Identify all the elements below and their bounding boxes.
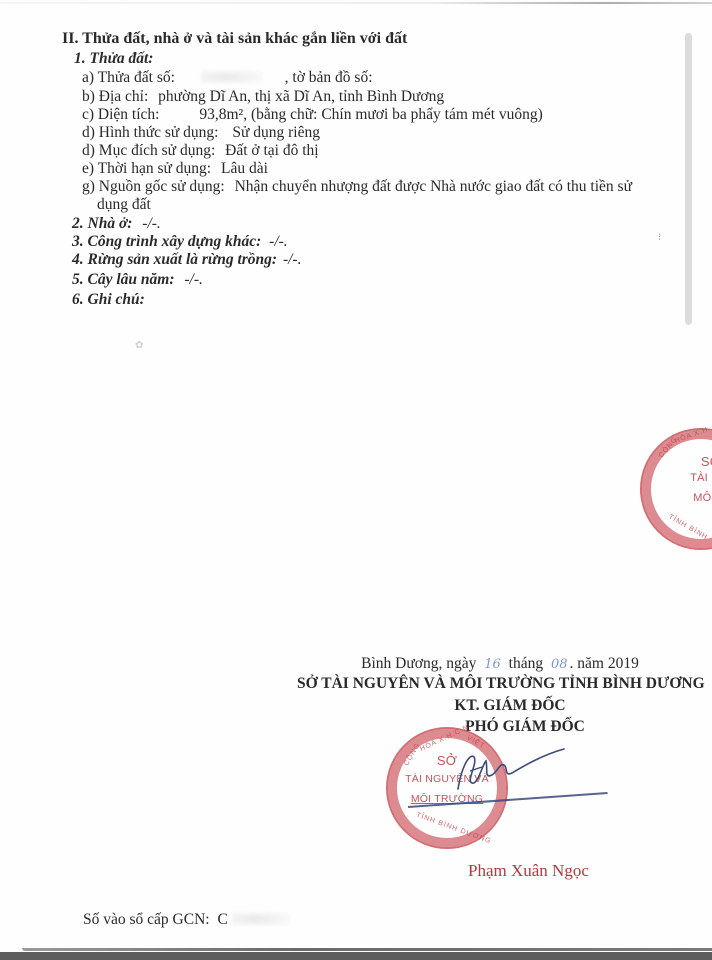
- date-day-handwritten: 16: [484, 657, 501, 672]
- parcel-number-row: a) Thửa đất số: , tờ bản đồ số:: [82, 69, 373, 87]
- issuing-agency: SỞ TÀI NGUYÊN VÀ MÔI TRƯỜNG TỈNH BÌNH DƯ…: [297, 675, 705, 693]
- viewer-background: [0, 952, 712, 960]
- usage-form-row: d) Hình thức sử dụng: Sử dụng riêng: [82, 124, 320, 142]
- other-construction-label: 3. Công trình xây dựng khác:: [72, 233, 261, 250]
- document-page: II. Thửa đất, nhà ở và tài sản khác gắn …: [0, 0, 712, 960]
- usage-purpose-value: Đất ở tại đô thị: [225, 142, 318, 159]
- usage-term-value: Lâu dài: [221, 160, 268, 177]
- house-row: 2. Nhà ở: -/-.: [72, 215, 161, 233]
- other-construction-value: -/-.: [269, 233, 288, 250]
- area-value: 93,8m², (bằng chữ: Chín mươi ba phẩy tám…: [199, 106, 542, 123]
- notes-label: 6. Ghi chú:: [72, 291, 145, 308]
- handwritten-signature: [452, 745, 572, 795]
- usage-purpose-label: d) Mục đích sử dụng:: [82, 142, 215, 159]
- other-construction-row: 3. Công trình xây dựng khác: -/-.: [72, 233, 288, 251]
- usage-origin-row: g) Nguồn gốc sử dụng: Nhận chuyển nhượng…: [82, 178, 632, 196]
- usage-origin-label: g) Nguồn gốc sử dụng:: [82, 178, 225, 195]
- house-value: -/-.: [142, 215, 161, 232]
- year-label: năm 2019: [577, 655, 639, 672]
- usage-origin-continuation: dụng đất: [97, 196, 151, 214]
- planted-forest-row: 4. Rừng sản xuất là rừng trồng: -/-.: [72, 251, 301, 269]
- signer-name: Phạm Xuân Ngọc: [468, 862, 589, 880]
- usage-term-label: e) Thời hạn sử dụng:: [82, 160, 211, 177]
- scan-speck: ⁝: [658, 232, 661, 243]
- usage-term-row: e) Thời hạn sử dụng: Lâu dài: [82, 160, 268, 178]
- address-value: phường Dĩ An, thị xã Dĩ An, tỉnh Bình Dư…: [158, 88, 444, 105]
- usage-form-value: Sử dụng riêng: [232, 124, 320, 141]
- planted-forest-label: 4. Rừng sản xuất là rừng trồng:: [72, 251, 277, 268]
- month-label: tháng: [509, 655, 543, 672]
- section-title: II. Thửa đất, nhà ở và tài sản khác gắn …: [62, 30, 407, 48]
- land-parcel-heading: 1. Thửa đất:: [74, 50, 153, 68]
- official-stamp-partial: CỘNG HÒA X.H SỞ TÀI NGUY MÔI TR TỈNH BÌN…: [640, 428, 712, 550]
- usage-origin-value: Nhận chuyển nhượng đất được Nhà nước gia…: [235, 178, 632, 195]
- address-row: b) Địa chỉ: phường Dĩ An, thị xã Dĩ An, …: [82, 88, 444, 106]
- perennial-trees-row: 5. Cây lâu năm: -/-.: [72, 271, 203, 289]
- registry-value-prefix: C: [217, 911, 227, 928]
- planted-forest-value: -/-.: [283, 251, 302, 268]
- house-label: 2. Nhà ở:: [72, 215, 132, 232]
- registry-label: Số vào sổ cấp GCN:: [83, 911, 210, 928]
- page-top-edge: [0, 2, 712, 4]
- registry-row: Số vào sổ cấp GCN: C: [83, 911, 290, 929]
- perennial-trees-value: -/-.: [184, 271, 203, 288]
- notes-row: 6. Ghi chú:: [72, 291, 145, 309]
- date-month-handwritten: 08: [551, 657, 568, 672]
- stamp-partial-line1: SỞ: [652, 454, 712, 469]
- registry-value-redacted: [232, 912, 290, 926]
- area-label: c) Diện tích:: [82, 106, 159, 123]
- perennial-trees-label: 5. Cây lâu năm:: [72, 271, 174, 288]
- scan-speck: ✿: [135, 340, 143, 351]
- stamp-partial-line3: MÔI TR: [654, 492, 712, 504]
- parcel-number-label: a) Thửa đất số:: [82, 69, 175, 86]
- page-bottom-edge: [22, 948, 712, 951]
- place-date-prefix: Bình Dương, ngày: [361, 655, 476, 672]
- usage-form-label: d) Hình thức sử dụng:: [82, 124, 219, 141]
- place-date-line: Bình Dương, ngày 16 tháng 08. năm 2019: [300, 655, 700, 674]
- area-row: c) Diện tích: 93,8m², (bằng chữ: Chín mư…: [82, 106, 543, 124]
- on-behalf-of-director: KT. GIÁM ĐỐC: [360, 697, 660, 715]
- scrollbar-thumb[interactable]: [685, 33, 692, 325]
- address-label: b) Địa chỉ:: [82, 88, 148, 105]
- parcel-number-redacted: [201, 70, 263, 84]
- usage-purpose-row: d) Mục đích sử dụng: Đất ở tại đô thị: [82, 142, 319, 160]
- map-sheet-label: , tờ bản đồ số:: [285, 69, 373, 86]
- stamp-partial-line2: TÀI NGUY: [658, 472, 712, 484]
